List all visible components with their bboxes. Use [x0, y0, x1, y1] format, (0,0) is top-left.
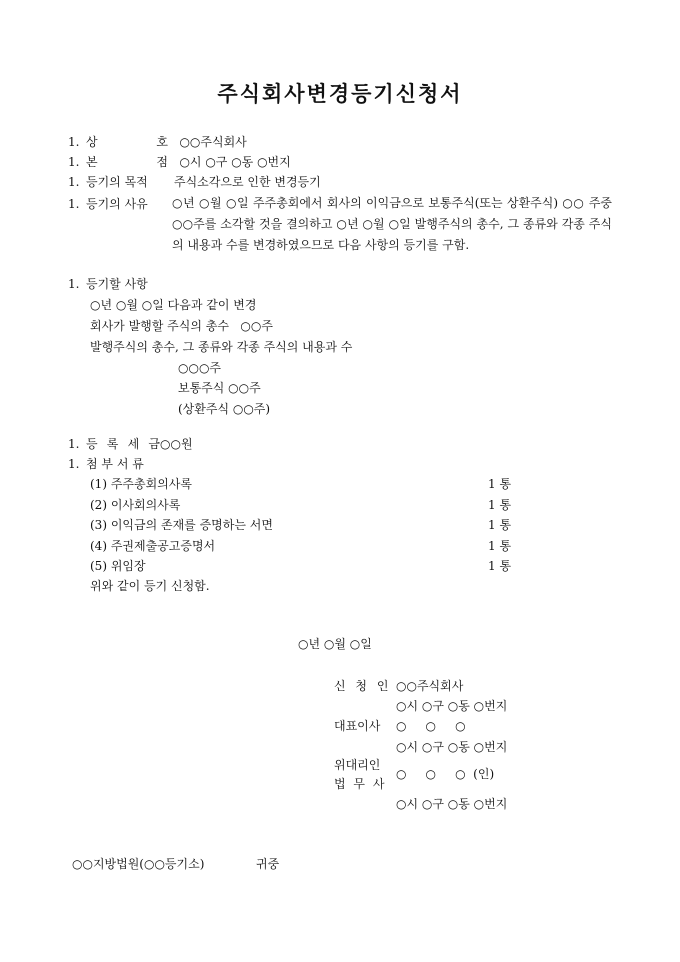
applicant-address: ○시 ○구 ○동 ○번지: [396, 698, 507, 714]
item-number: 1.: [68, 436, 86, 452]
item-reason-label-row: 1.등기의 사유: [68, 196, 174, 212]
attachment-item: (5) 위임장: [90, 558, 146, 574]
closing-statement: 위와 같이 등기 신청함.: [90, 578, 210, 594]
item-number: 1.: [68, 134, 86, 150]
item-number: 1.: [68, 174, 86, 190]
representative-label: 대표이사: [334, 718, 380, 734]
item-label: 등 록 세 금: [86, 436, 160, 452]
item-head-office: 1.본 점 ○시 ○구 ○동 ○번지: [68, 154, 291, 170]
addressee-court: ○○지방법원(○○등기소): [72, 856, 204, 872]
matters-sub-line: ○○○주: [178, 360, 221, 376]
representative-value: ○ ○ ○: [396, 718, 466, 734]
item-number: 1.: [68, 276, 86, 292]
agent-value: ○ ○ ○ (인): [396, 766, 494, 782]
item-tax: 1.등 록 세 금○○원: [68, 436, 193, 452]
agent-label-2: 법 무 사: [334, 776, 386, 792]
item-label: 본 점: [86, 154, 168, 170]
matters-sub-line: (상환주식 ○○주): [178, 401, 270, 417]
attachment-item: (1) 주주총회의사록: [90, 476, 192, 492]
document-title: 주식회사변경등기신청서: [0, 78, 680, 108]
attachment-item: (4) 주권제출공고증명서: [90, 538, 215, 554]
item-value: 주식소각으로 인한 변경등기: [174, 175, 321, 189]
item-number: 1.: [68, 154, 86, 170]
item-label: 등기의 사유: [86, 196, 174, 212]
matters-line: 회사가 발행할 주식의 총수 ○○주: [90, 318, 273, 334]
attachment-count: 1 통: [488, 538, 511, 554]
applicant-value: ○○주식회사: [396, 678, 463, 694]
item-label: 등기의 목적: [86, 174, 174, 190]
representative-address: ○시 ○구 ○동 ○번지: [396, 739, 507, 755]
attachment-count: 1 통: [488, 476, 511, 492]
matters-line: 발행주식의 총수, 그 종류와 각종 주식의 내용과 수: [90, 339, 352, 355]
item-label: 첨 부 서 류: [86, 457, 144, 471]
item-value: ○○주식회사: [179, 135, 246, 149]
attachment-count: 1 통: [488, 558, 511, 574]
item-number: 1.: [68, 196, 86, 212]
attachment-count: 1 통: [488, 497, 511, 513]
attachment-count: 1 통: [488, 517, 511, 533]
item-purpose: 1.등기의 목적주식소각으로 인한 변경등기: [68, 174, 321, 190]
applicant-label: 신 청 인: [334, 678, 391, 694]
agent-label-1: 위대리인: [334, 757, 380, 773]
item-label: 상 호: [86, 134, 168, 150]
matters-line: ○년 ○월 ○일 다음과 같이 변경: [90, 297, 256, 313]
application-date: ○년 ○월 ○일: [298, 636, 372, 652]
item-label: 등기할 사항: [86, 277, 148, 291]
addressee-honorific: 귀중: [256, 856, 279, 872]
item-value: ○○원: [160, 437, 193, 451]
attachment-item: (3) 이익금의 존재를 증명하는 서면: [90, 517, 273, 533]
agent-address: ○시 ○구 ○동 ○번지: [396, 796, 507, 812]
item-reason-text: ○년 ○월 ○일 주주총회에서 회사의 이익금으로 보통주식(또는 상환주식) …: [172, 193, 612, 256]
item-value: ○시 ○구 ○동 ○번지: [179, 155, 290, 169]
attachment-item: (2) 이사회의사록: [90, 497, 180, 513]
item-trade-name: 1.상 호 ○○주식회사: [68, 134, 247, 150]
matters-sub-line: 보통주식 ○○주: [178, 380, 261, 396]
item-attachments: 1.첨 부 서 류: [68, 456, 144, 472]
item-matters: 1.등기할 사항: [68, 276, 148, 292]
item-number: 1.: [68, 456, 86, 472]
